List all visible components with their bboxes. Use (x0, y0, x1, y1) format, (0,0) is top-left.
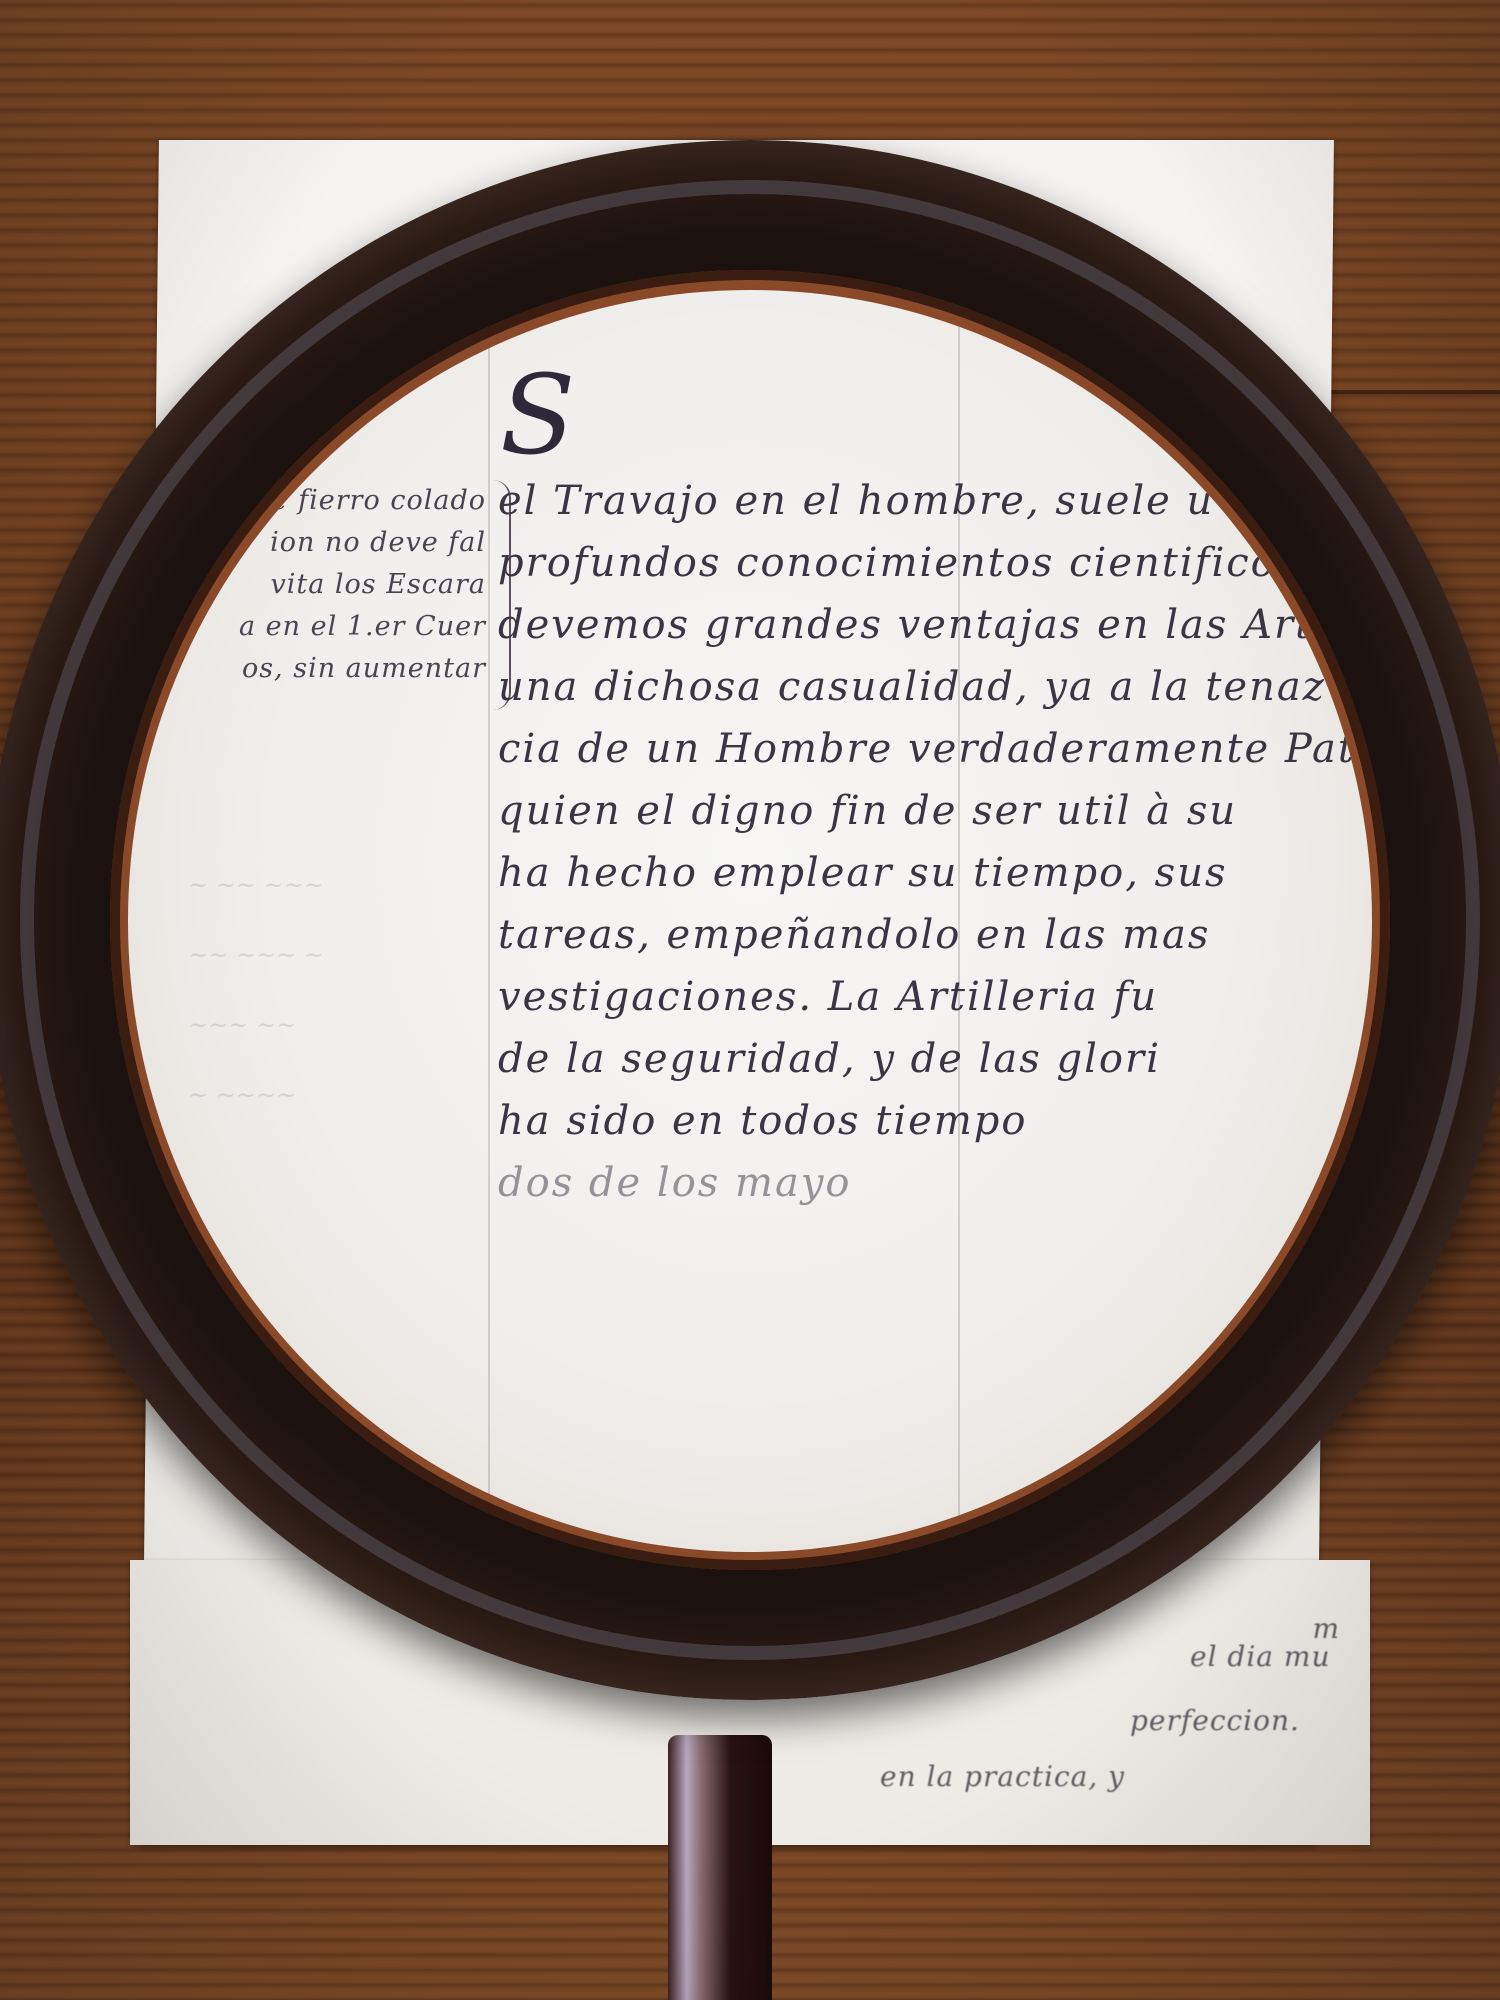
margin-note-line: a en el 1.er Cuer (166, 606, 486, 648)
manuscript-line: una dichosa casualidad, ya a la tenaz (498, 656, 1372, 718)
margin-note-line: ion no deve fal (166, 522, 486, 564)
manuscript-line: el Travajo en el hombre, suele u (498, 470, 1372, 532)
magnified-handwriting: el Travajo en el hombre, suele u profund… (498, 470, 1372, 1214)
faint-bleedthrough-text: ~ ~~ ~~~~~ ~~~ ~~~~ ~~~ ~~~~ (188, 850, 488, 1130)
paper-fold-line (488, 290, 490, 1552)
margin-note-line: vita los Escara (166, 564, 486, 606)
margin-note-line: e fierro colado (166, 480, 486, 522)
margin-note: e fierro colado ion no deve fal vita los… (166, 480, 486, 690)
manuscript-line: ha hecho emplear su tiempo, sus (498, 842, 1372, 904)
magnifier-handle (668, 1735, 772, 2000)
manuscript-line: devemos grandes ventajas en las Arte (498, 594, 1372, 656)
manuscript-line: tareas, empeñandolo en las mas (498, 904, 1372, 966)
manuscript-line: cia de un Hombre verdaderamente Pat (498, 718, 1372, 780)
manuscript-line: quien el digno fin de ser util à su (498, 780, 1372, 842)
magnifier-lens: ~ ~~ ~~~~~ ~~~ ~~~~ ~~~ ~~~~ e fierro co… (128, 290, 1372, 1552)
outside-text-line-1: el dia mu (1190, 1640, 1330, 1673)
manuscript-line: de la seguridad, y de las glori (498, 1028, 1372, 1090)
margin-note-line: os, sin aumentar (166, 648, 486, 690)
manuscript-line: profundos conocimientos cientificos; (498, 532, 1372, 594)
outside-text-line-3: en la practica, y (880, 1760, 1125, 1793)
manuscript-line: dos de los mayo (498, 1152, 1372, 1214)
drop-cap-letter: S (500, 360, 575, 470)
outside-text-line-2: perfeccion. (1130, 1704, 1300, 1737)
manuscript-line: ha sido en todos tiempo (498, 1090, 1372, 1152)
manuscript-line: vestigaciones. La Artilleria fu (498, 966, 1372, 1028)
